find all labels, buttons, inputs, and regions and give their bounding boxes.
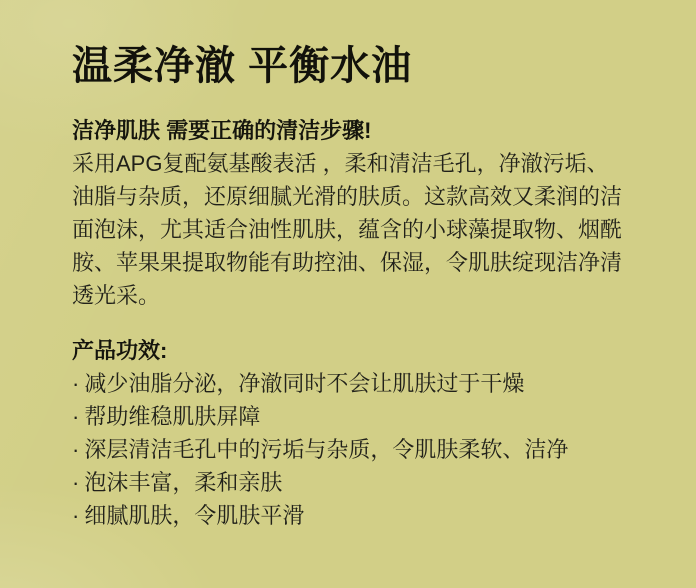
intro-line-2: 油脂与杂质，还原细腻光滑的肤质。这款高效又柔润的洁 <box>72 180 636 213</box>
bullet-dot: · <box>72 433 79 466</box>
feature-text-4: 泡沫丰富，柔和亲肤 <box>84 470 282 495</box>
product-description-section: 温柔净澈 平衡水油 洁净肌肤 需要正确的清洁步骤! 采用APG复配氨基酸表活 ，… <box>0 0 696 588</box>
bullet-dot: · <box>72 400 79 433</box>
features-heading: 产品功效: <box>72 334 636 367</box>
intro-subtitle: 洁净肌肤 需要正确的清洁步骤! <box>72 114 636 147</box>
feature-text-3: 深层清洁毛孔中的污垢与杂质，令肌肤柔软、洁净 <box>84 437 568 462</box>
feature-item-4: ·泡沫丰富，柔和亲肤 <box>72 466 636 499</box>
feature-item-2: ·帮助维稳肌肤屏障 <box>72 400 636 433</box>
feature-item-1: ·减少油脂分泌，净澈同时不会让肌肤过于干燥 <box>72 367 636 400</box>
intro-line-3: 面泡沫，尤其适合油性肌肤，蕴含的小球藻提取物、烟酰 <box>72 213 636 246</box>
feature-text-1: 减少油脂分泌，净澈同时不会让肌肤过于干燥 <box>84 371 524 396</box>
feature-item-3: ·深层清洁毛孔中的污垢与杂质，令肌肤柔软、洁净 <box>72 433 636 466</box>
bullet-dot: · <box>72 466 79 499</box>
page-title: 温柔净澈 平衡水油 <box>72 42 636 90</box>
intro-paragraph: 采用APG复配氨基酸表活 ，柔和清洁毛孔，净澈污垢、 油脂与杂质，还原细腻光滑的… <box>72 147 636 312</box>
intro-line-1: 采用APG复配氨基酸表活 ，柔和清洁毛孔，净澈污垢、 <box>72 147 636 180</box>
feature-item-5: ·细腻肌肤，令肌肤平滑 <box>72 499 636 532</box>
feature-text-5: 细腻肌肤，令肌肤平滑 <box>84 503 304 528</box>
bullet-dot: · <box>72 367 79 400</box>
features-list: ·减少油脂分泌，净澈同时不会让肌肤过于干燥 ·帮助维稳肌肤屏障 ·深层清洁毛孔中… <box>72 367 636 532</box>
feature-text-2: 帮助维稳肌肤屏障 <box>84 404 260 429</box>
intro-line-5: 透光采。 <box>72 279 636 312</box>
bullet-dot: · <box>72 499 79 532</box>
intro-line-4: 胺、苹果果提取物能有助控油、保湿，令肌肤绽现洁净清 <box>72 246 636 279</box>
content-block: 温柔净澈 平衡水油 洁净肌肤 需要正确的清洁步骤! 采用APG复配氨基酸表活 ，… <box>0 0 696 532</box>
